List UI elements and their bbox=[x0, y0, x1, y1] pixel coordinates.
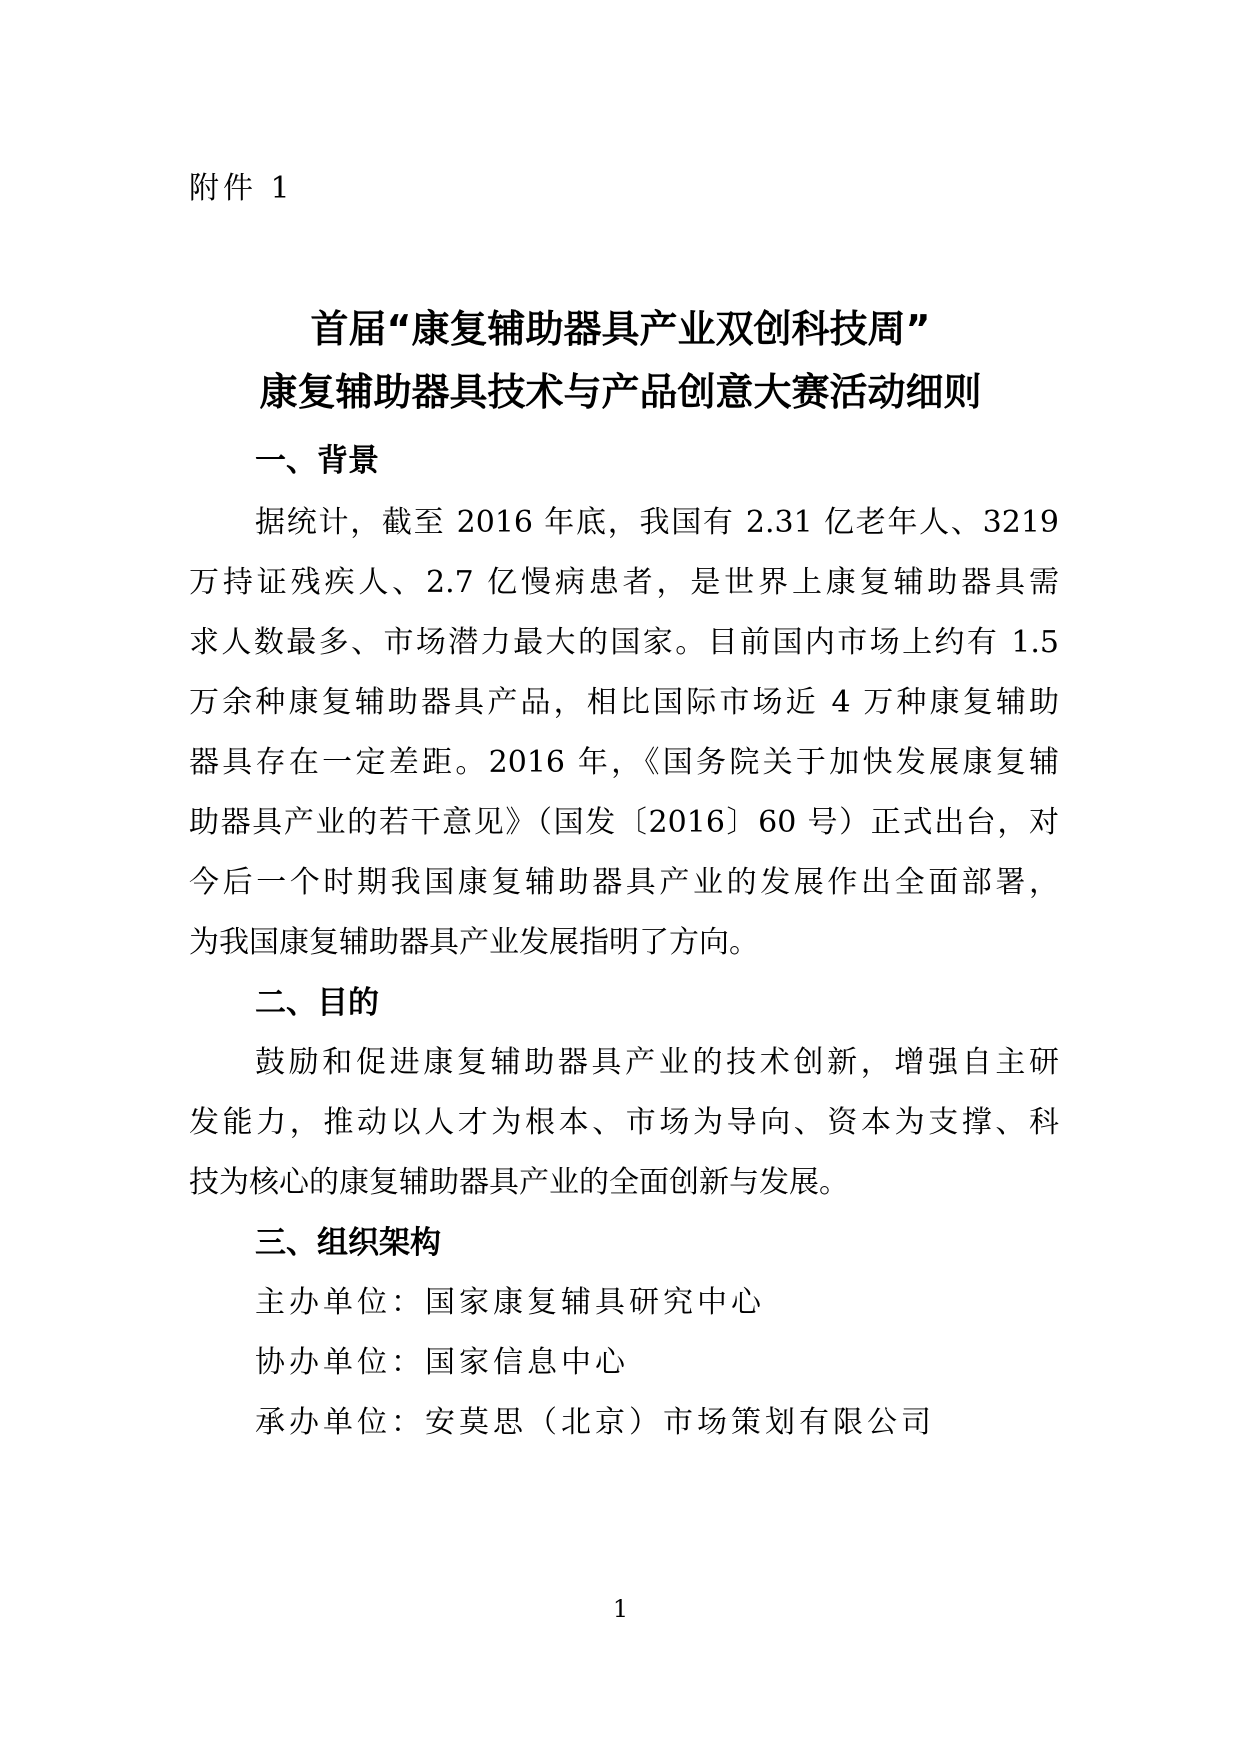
organizer-host: 主办单位：国家康复辅具研究中心 bbox=[255, 1277, 765, 1321]
paragraph-line: 据统计，截至 2016 年底，我国有 2.31 亿老年人、3219 bbox=[255, 497, 1059, 541]
paragraph-line: 器具存在一定差距。2016 年，《国务院关于加快发展康复辅 bbox=[189, 737, 1059, 781]
document-title-line-1: 首届“康复辅助器具产业双创科技周” bbox=[0, 298, 1241, 353]
attachment-label: 附件 1 bbox=[189, 163, 294, 207]
paragraph-line: 万余种康复辅助器具产品，相比国际市场近 4 万种康复辅助 bbox=[189, 677, 1059, 721]
document-page: 附件 1 首届“康复辅助器具产业双创科技周” 康复辅助器具技术与产品创意大赛活动… bbox=[0, 0, 1241, 1754]
paragraph-line: 鼓励和促进康复辅助器具产业的技术创新，增强自主研 bbox=[255, 1037, 1059, 1081]
document-title-line-2: 康复辅助器具技术与产品创意大赛活动细则 bbox=[0, 361, 1241, 416]
paragraph-line: 求人数最多、市场潜力最大的国家。目前国内市场上约有 1.5 bbox=[189, 617, 1059, 661]
page-number: 1 bbox=[0, 1595, 1241, 1623]
paragraph-line: 发能力，推动以人才为根本、市场为导向、资本为支撑、科 bbox=[189, 1097, 1059, 1141]
paragraph-line: 助器具产业的若干意见》（国发〔2016〕60 号）正式出台，对 bbox=[189, 797, 1059, 841]
section-heading-background: 一、背景 bbox=[255, 435, 379, 480]
paragraph-line: 技为核心的康复辅助器具产业的全面创新与发展。 bbox=[189, 1157, 1059, 1201]
section-heading-organization: 三、组织架构 bbox=[255, 1217, 441, 1262]
paragraph-line: 万持证残疾人、2.7 亿慢病患者，是世界上康复辅助器具需 bbox=[189, 557, 1059, 601]
organizer-undertaker: 承办单位：安莫思（北京）市场策划有限公司 bbox=[255, 1397, 935, 1441]
section-heading-purpose: 二、目的 bbox=[255, 977, 379, 1022]
organizer-co-host: 协办单位：国家信息中心 bbox=[255, 1337, 629, 1381]
paragraph-line: 为我国康复辅助器具产业发展指明了方向。 bbox=[189, 917, 1059, 961]
paragraph-line: 今后一个时期我国康复辅助器具产业的发展作出全面部署， bbox=[189, 857, 1059, 901]
